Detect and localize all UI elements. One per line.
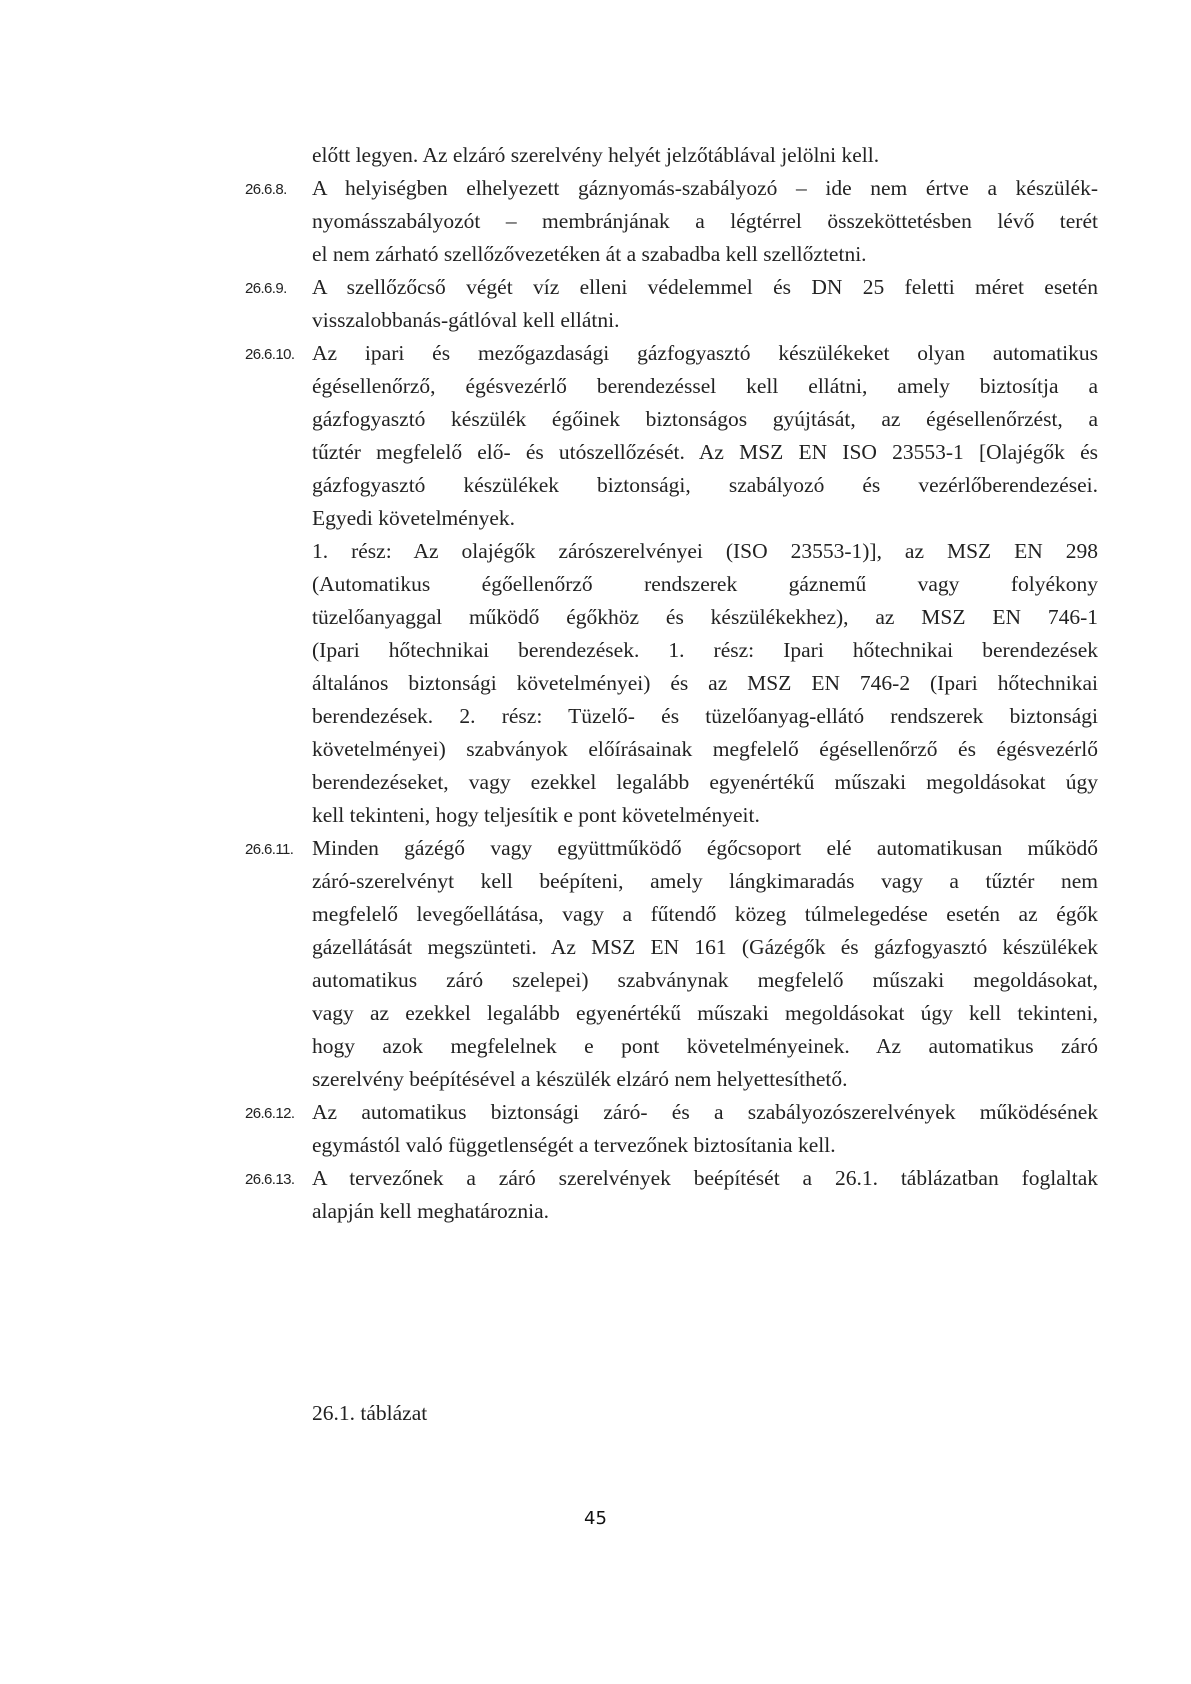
document-page: előtt legyen. Az elzáró szerelvény helyé… xyxy=(0,0,1191,1684)
section-number: 26.6.11. xyxy=(245,833,315,866)
text-line: gázellátását megszünteti. Az MSZ EN 161 … xyxy=(312,931,1098,964)
text-line: tüzelőanyaggal működő égőkhöz és készülé… xyxy=(312,601,1098,634)
table-caption: 26.1. táblázat xyxy=(312,1397,427,1430)
text-line: (Ipari hőtechnikai berendezések. 1. rész… xyxy=(312,634,1098,667)
page-number: 45 xyxy=(0,1504,1191,1534)
text-line: Az automatikus biztonsági záró- és a sza… xyxy=(312,1096,1098,1129)
text-line: gázfogyasztó készülék égőinek biztonságo… xyxy=(312,403,1098,436)
text-line: tűztér megfelelő elő- és utószellőzését.… xyxy=(312,436,1098,469)
text-line: alapján kell meghatároznia. xyxy=(312,1195,1098,1228)
text-line: szerelvény beépítésével a készülék elzár… xyxy=(312,1063,1098,1096)
text-line: A szellőzőcső végét víz elleni védelemme… xyxy=(312,271,1098,304)
text-line: automatikus záró szelepei) szabványnak m… xyxy=(312,964,1098,997)
section-number: 26.6.9. xyxy=(245,272,315,305)
text-line: hogy azok megfelelnek e pont követelmény… xyxy=(312,1030,1098,1063)
text-line: előtt legyen. Az elzáró szerelvény helyé… xyxy=(312,139,1098,172)
text-line: gázfogyasztó készülékek biztonsági, szab… xyxy=(312,469,1098,502)
text-line: záró-szerelvényt kell beépíteni, amely l… xyxy=(312,865,1098,898)
text-line: el nem zárható szellőzővezetéken át a sz… xyxy=(312,238,1098,271)
text-line: követelményei) szabványok előírásainak m… xyxy=(312,733,1098,766)
text-line: megfelelő levegőellátása, vagy a fűtendő… xyxy=(312,898,1098,931)
text-line: általános biztonsági követelményei) és a… xyxy=(312,667,1098,700)
text-line: nyomásszabályozót – membránjának a légté… xyxy=(312,205,1098,238)
text-line: égésellenőrző, égésvezérlő berendezéssel… xyxy=(312,370,1098,403)
section-number: 26.6.12. xyxy=(245,1097,315,1130)
text-line: (Automatikus égőellenőrző rendszerek gáz… xyxy=(312,568,1098,601)
text-line: kell tekinteni, hogy teljesítik e pont k… xyxy=(312,799,1098,832)
text-line: A helyiségben elhelyezett gáznyomás-szab… xyxy=(312,172,1098,205)
text-line: berendezéseket, vagy ezekkel legalább eg… xyxy=(312,766,1098,799)
section-number: 26.6.13. xyxy=(245,1163,315,1196)
text-line: 1. rész: Az olajégők zárószerelvényei (I… xyxy=(312,535,1098,568)
text-line: berendezések. 2. rész: Tüzelő- és tüzelő… xyxy=(312,700,1098,733)
text-line: visszalobbanás-gátlóval kell ellátni. xyxy=(312,304,1098,337)
text-line: Egyedi követelmények. xyxy=(312,502,1098,535)
text-line: A tervezőnek a záró szerelvények beépíté… xyxy=(312,1162,1098,1195)
text-line: Minden gázégő vagy együttműködő égőcsopo… xyxy=(312,832,1098,865)
text-line: Az ipari és mezőgazdasági gázfogyasztó k… xyxy=(312,337,1098,370)
section-number: 26.6.10. xyxy=(245,338,315,371)
text-line: egymástól való függetlenségét a tervezőn… xyxy=(312,1129,1098,1162)
section-number: 26.6.8. xyxy=(245,173,315,206)
text-line: vagy az ezekkel legalább egyenértékű műs… xyxy=(312,997,1098,1030)
